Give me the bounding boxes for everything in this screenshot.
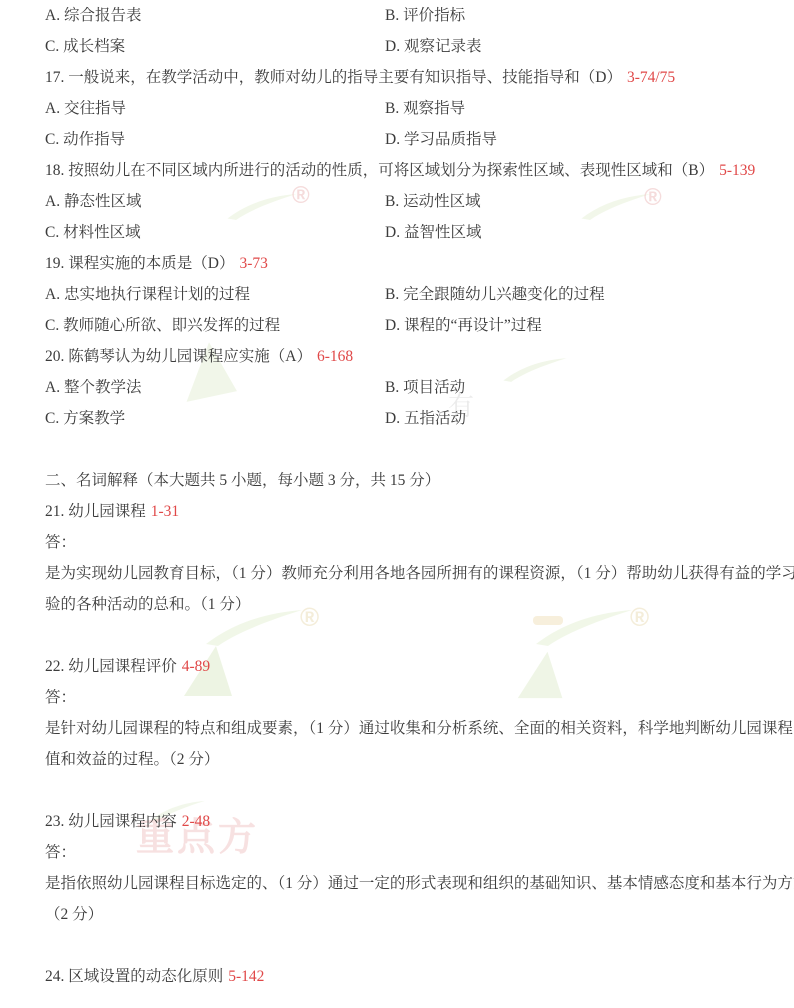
question-text: 19. 课程实施的本质是（D） xyxy=(45,255,234,272)
spacer xyxy=(45,620,778,651)
option-16-c: C. 成长档案 xyxy=(45,31,385,62)
option-row: A. 整个教学法 B. 项目活动 xyxy=(45,372,778,403)
option-19-d: D. 课程的“再设计”过程 xyxy=(385,310,778,341)
answer-ref: 5-139 xyxy=(719,162,755,179)
answer-ref: 3-73 xyxy=(239,255,267,272)
option-20-c: C. 方案教学 xyxy=(45,403,385,434)
option-row: A. 静态性区域 B. 运动性区域 xyxy=(45,186,778,217)
option-16-a: A. 综合报告表 xyxy=(45,0,385,31)
section-2-heading: 二、名词解释（本大题共 5 小题，每小题 3 分，共 15 分） xyxy=(45,465,778,496)
answer-label: 答： xyxy=(45,527,778,558)
option-19-a: A. 忠实地执行课程计划的过程 xyxy=(45,279,385,310)
answer-text-line: 是指依照幼儿园课程目标选定的、（1 分）通过一定的形式表现和组织的基础知识、基本… xyxy=(45,868,778,899)
definition-term: 22. 幼儿园课程评价 xyxy=(45,658,177,675)
answer-ref: 3-74/75 xyxy=(627,69,675,86)
definition-22-title: 22. 幼儿园课程评价4-89 xyxy=(45,651,778,682)
exam-content: A. 综合报告表 B. 评价指标 C. 成长档案 D. 观察记录表 17. 一般… xyxy=(0,0,794,992)
option-17-d: D. 学习品质指导 xyxy=(385,124,778,155)
exam-page: ® ® 有 ® ® 重点方 xyxy=(0,0,794,1008)
option-17-a: A. 交往指导 xyxy=(45,93,385,124)
option-row: C. 动作指导 D. 学习品质指导 xyxy=(45,124,778,155)
option-row: A. 综合报告表 B. 评价指标 xyxy=(45,0,778,31)
option-row: C. 材料性区域 D. 益智性区域 xyxy=(45,217,778,248)
question-text: 17. 一般说来，在教学活动中，教师对幼儿的指导主要有知识指导、技能指导和（D） xyxy=(45,69,622,86)
option-row: C. 成长档案 D. 观察记录表 xyxy=(45,31,778,62)
option-16-b: B. 评价指标 xyxy=(385,0,778,31)
question-19-stem: 19. 课程实施的本质是（D）3-73 xyxy=(45,248,778,279)
option-18-b: B. 运动性区域 xyxy=(385,186,778,217)
answer-ref: 4-89 xyxy=(182,658,210,675)
option-18-a: A. 静态性区域 xyxy=(45,186,385,217)
option-row: C. 方案教学 D. 五指活动 xyxy=(45,403,778,434)
option-20-b: B. 项目活动 xyxy=(385,372,778,403)
spacer xyxy=(45,434,778,465)
answer-ref: 1-31 xyxy=(151,503,179,520)
answer-ref: 6-168 xyxy=(317,348,353,365)
definition-24-title: 24. 区域设置的动态化原则5-142 xyxy=(45,961,778,992)
definition-term: 23. 幼儿园课程内容 xyxy=(45,813,177,830)
question-20-stem: 20. 陈鹤琴认为幼儿园课程应实施（A）6-168 xyxy=(45,341,778,372)
option-row: A. 交往指导 B. 观察指导 xyxy=(45,93,778,124)
definition-term: 21. 幼儿园课程 xyxy=(45,503,146,520)
answer-ref: 2-48 xyxy=(182,813,210,830)
answer-label: 答： xyxy=(45,837,778,868)
option-20-a: A. 整个教学法 xyxy=(45,372,385,403)
option-17-b: B. 观察指导 xyxy=(385,93,778,124)
spacer xyxy=(45,930,778,961)
spacer xyxy=(45,775,778,806)
answer-text-line: 值和效益的过程。（2 分） xyxy=(45,744,778,775)
question-18-stem: 18. 按照幼儿在不同区域内所进行的活动的性质，可将区域划分为探索性区域、表现性… xyxy=(45,155,778,186)
option-19-c: C. 教师随心所欲、即兴发挥的过程 xyxy=(45,310,385,341)
definition-term: 24. 区域设置的动态化原则 xyxy=(45,968,223,985)
option-18-c: C. 材料性区域 xyxy=(45,217,385,248)
definition-23-title: 23. 幼儿园课程内容2-48 xyxy=(45,806,778,837)
option-19-b: B. 完全跟随幼儿兴趣变化的过程 xyxy=(385,279,778,310)
answer-text-line: 是为实现幼儿园教育目标，（1 分）教师充分利用各地各园所拥有的课程资源，（1 分… xyxy=(45,558,778,589)
answer-ref: 5-142 xyxy=(228,968,264,985)
option-row: C. 教师随心所欲、即兴发挥的过程 D. 课程的“再设计”过程 xyxy=(45,310,778,341)
definition-21-title: 21. 幼儿园课程1-31 xyxy=(45,496,778,527)
option-17-c: C. 动作指导 xyxy=(45,124,385,155)
option-row: A. 忠实地执行课程计划的过程 B. 完全跟随幼儿兴趣变化的过程 xyxy=(45,279,778,310)
question-text: 18. 按照幼儿在不同区域内所进行的活动的性质，可将区域划分为探索性区域、表现性… xyxy=(45,162,714,179)
answer-text-line: （2 分） xyxy=(45,899,778,930)
answer-text-line: 是针对幼儿园课程的特点和组成要素，（1 分）通过收集和分析系统、全面的相关资料，… xyxy=(45,713,778,744)
question-17-stem: 17. 一般说来，在教学活动中，教师对幼儿的指导主要有知识指导、技能指导和（D）… xyxy=(45,62,778,93)
answer-label: 答： xyxy=(45,682,778,713)
option-18-d: D. 益智性区域 xyxy=(385,217,778,248)
answer-text-line: 验的各种活动的总和。（1 分） xyxy=(45,589,778,620)
option-16-d: D. 观察记录表 xyxy=(385,31,778,62)
question-text: 20. 陈鹤琴认为幼儿园课程应实施（A） xyxy=(45,348,312,365)
option-20-d: D. 五指活动 xyxy=(385,403,778,434)
